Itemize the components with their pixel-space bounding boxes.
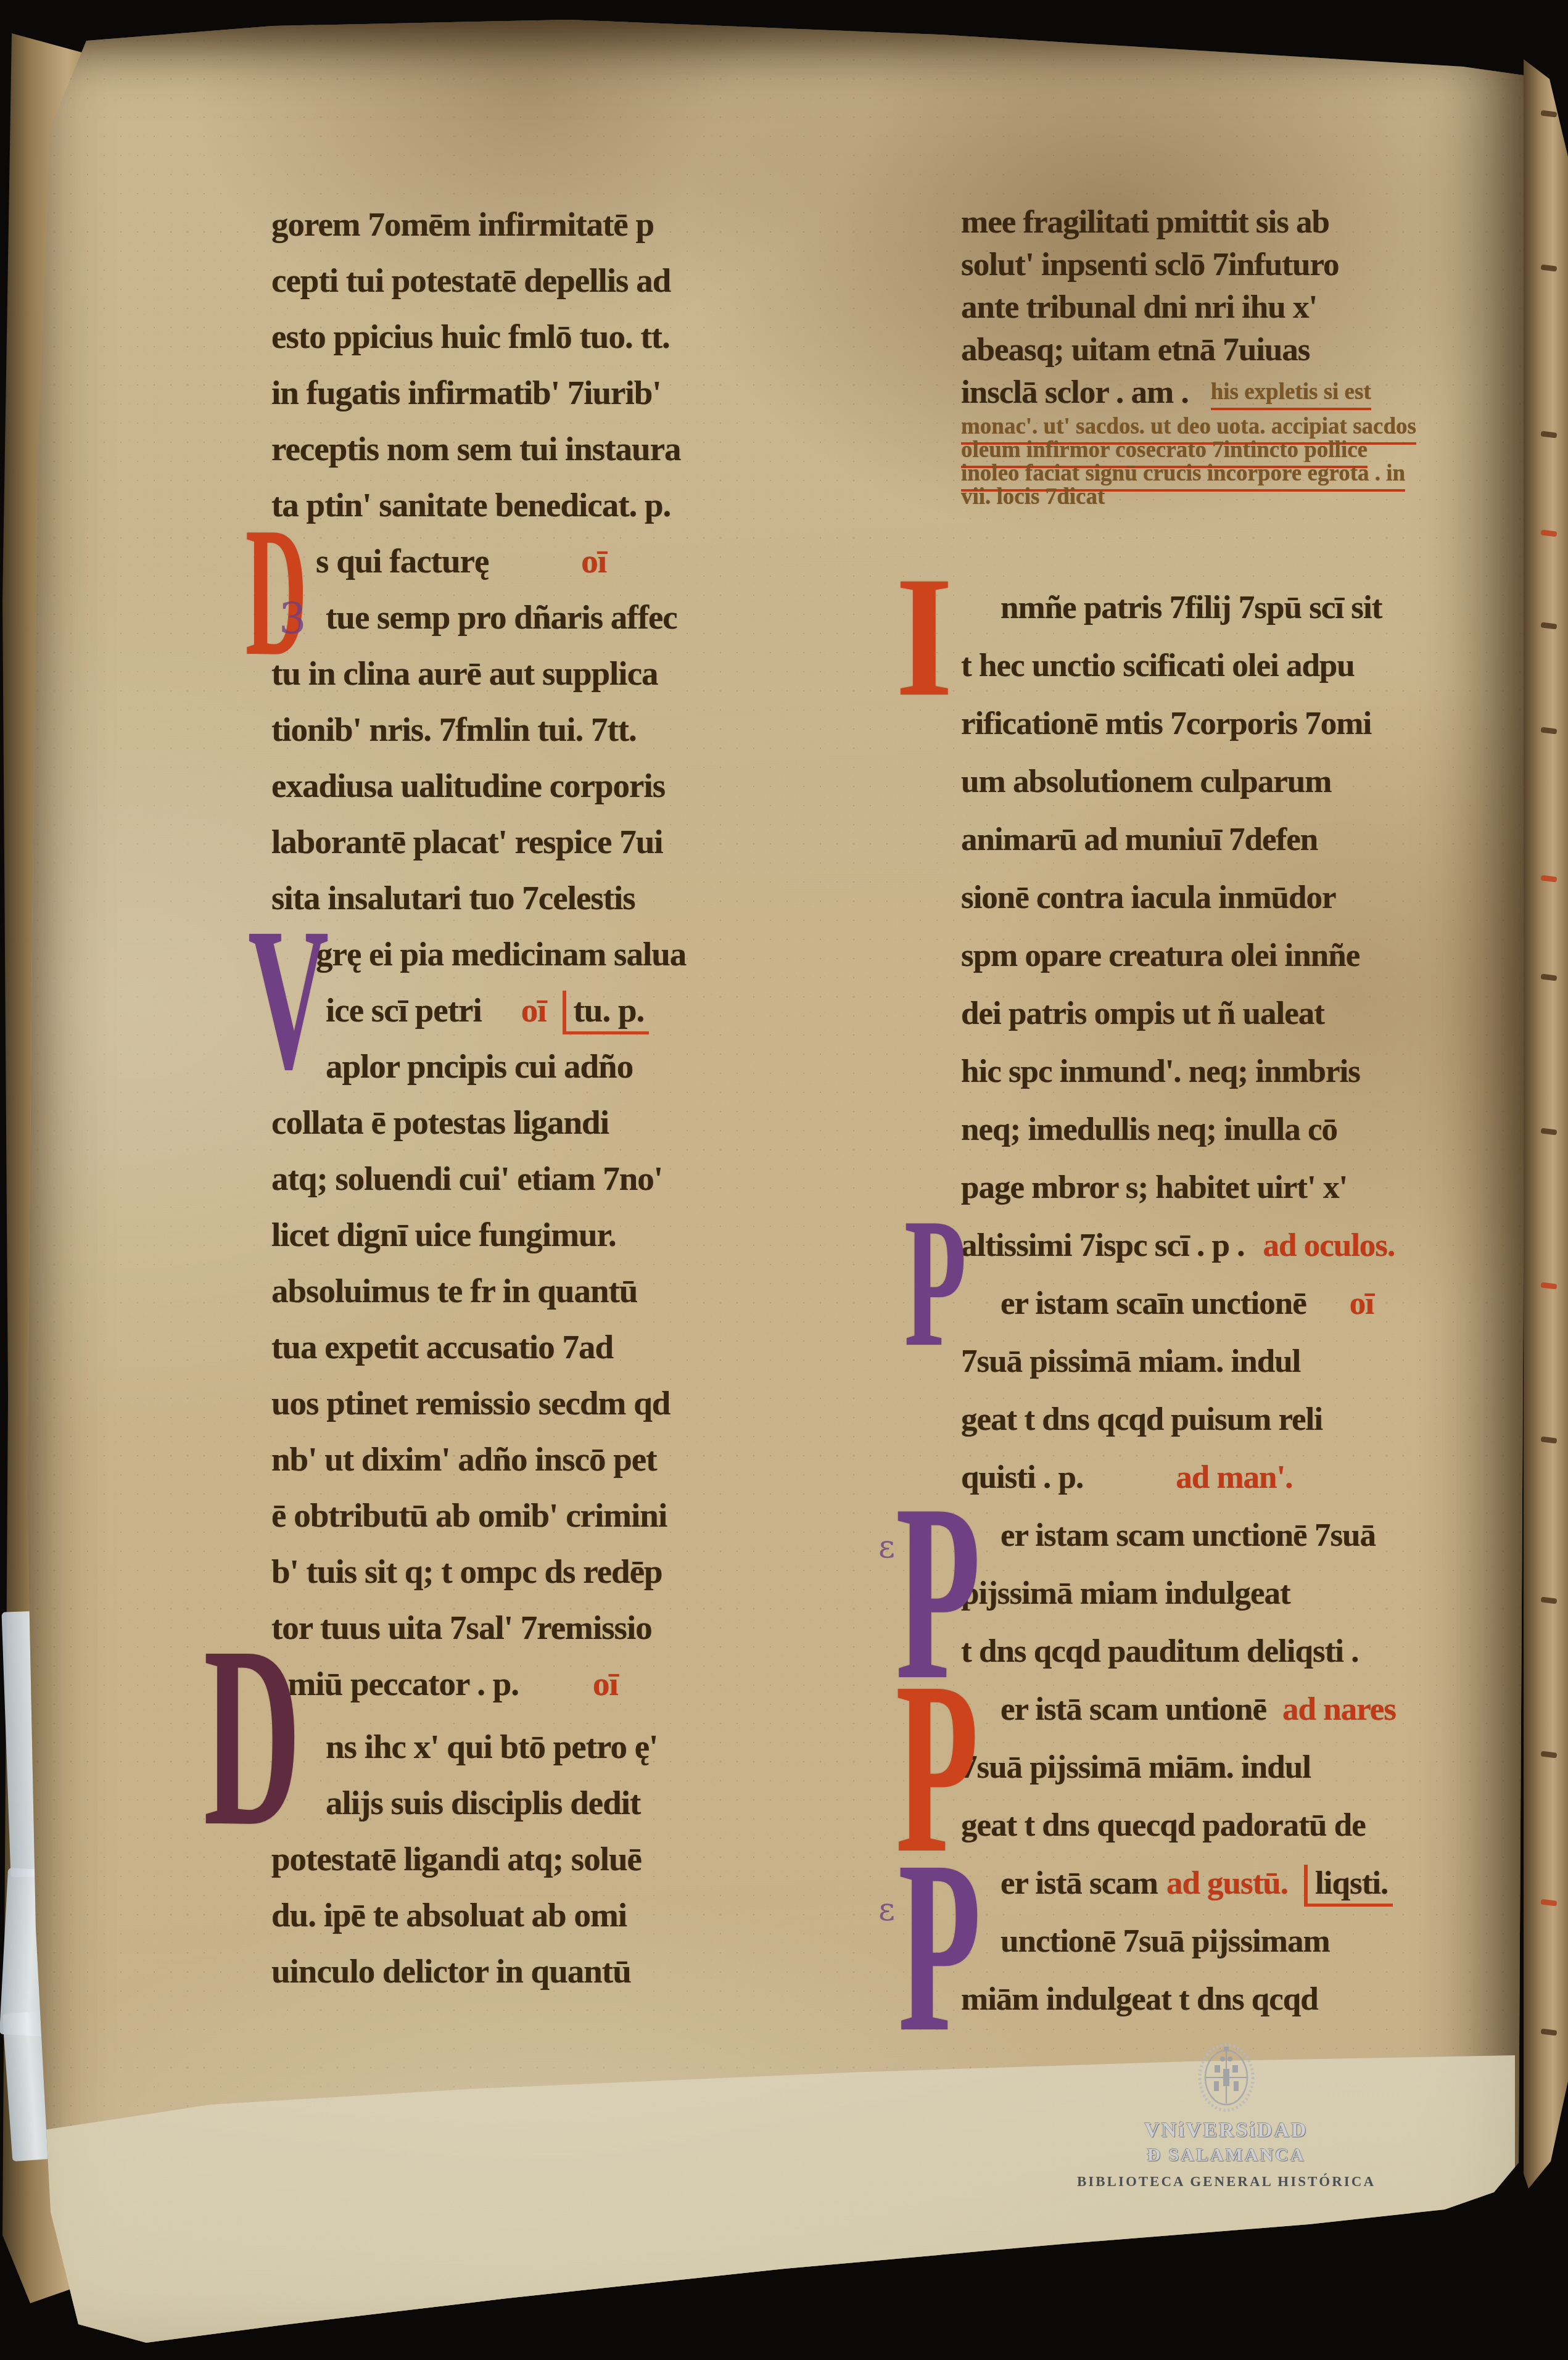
text-line: aplor pncipis cui adño [326, 1047, 633, 1086]
manuscript-text: dei patris ompis ut ñ ualeat [961, 995, 1324, 1032]
text-line: abeasq; uitam etnā 7uiuas [961, 331, 1310, 368]
marginal-mark: ε [878, 1891, 895, 1928]
manuscript-text: ante tribunal dni nri ihu x' [961, 289, 1317, 326]
manuscript-text: tu. p. [563, 991, 650, 1034]
manuscript-text: grę ei pia medicinam salua [316, 935, 686, 973]
manuscript-text: potestatē ligandi atq; soluē [271, 1839, 642, 1878]
text-line: mee fragilitati pmittit sis ab [961, 204, 1329, 241]
text-line: 7suā pijssimā miām. indul [961, 1749, 1311, 1786]
manuscript-text: absoluimus te fr in quantū [271, 1271, 637, 1310]
text-line: omiū peccator . p.oī [271, 1664, 618, 1703]
manuscript-text: hic spc inmund'. neq; inmbris [961, 1053, 1360, 1090]
manuscript-text: aplor pncipis cui adño [326, 1047, 633, 1086]
manuscript-text: geat t dns quecqd padoratū de [961, 1807, 1366, 1844]
fore-edge-text-fragment [1541, 622, 1558, 629]
watermark-university-line1: VNiVERSiDAD [1023, 2118, 1430, 2143]
manuscript-text: s qui facturę [316, 542, 489, 580]
text-line: receptis nom sem tui instaura [271, 429, 681, 468]
text-line: er istam scam unctionē 7suā [1001, 1517, 1376, 1554]
fore-edge-text-fragment [1541, 1596, 1558, 1604]
text-line: ice scī petrioītu. p. [326, 991, 649, 1034]
fore-edge-text-fragment [1541, 1436, 1558, 1443]
rubric-text: oī [593, 1664, 618, 1703]
text-line: hic spc inmund'. neq; inmbris [961, 1053, 1360, 1090]
text-line: potestatē ligandi atq; soluē [271, 1839, 642, 1878]
manuscript-text: ē obtributū ab omib' crimini [271, 1496, 667, 1535]
text-line: er istā scam untionēad nares [1001, 1691, 1396, 1728]
text-line: page mbror s; habitet uirt' x' [961, 1169, 1347, 1206]
manuscript-text: er istā scam untionē [1001, 1691, 1266, 1728]
text-line: du. ipē te absoluat ab omi [271, 1896, 627, 1934]
text-line: nmñe patris 7filij 7spū scī sit [1001, 589, 1382, 626]
text-line: tor tuus uita 7sal' 7remissio [271, 1608, 652, 1647]
text-line: licet dignī uice fungimur. [271, 1215, 616, 1254]
text-line: t dns qcqd pauditum deliqsti . [961, 1633, 1359, 1670]
text-line: er istam scaīn unctionēoī [1001, 1285, 1374, 1322]
fore-edge-text-fragment [1541, 2028, 1558, 2036]
manuscript-text: solut' inpsenti sclō 7infuturo [961, 246, 1339, 283]
manuscript-text: insclā sclor . am . [961, 374, 1189, 411]
manuscript-text: 7suā pissimā miam. indul [961, 1343, 1300, 1380]
manuscript-photo: gorem 7omēm infirmitatē pcepti tui potes… [0, 0, 1568, 2360]
text-line: ns ihc x' qui btō petro ę' [326, 1727, 658, 1766]
illuminated-initial: P [904, 1214, 967, 1351]
fore-edge-text-fragment [1541, 529, 1558, 537]
manuscript-text-layer: gorem 7omēm infirmitatē pcepti tui potes… [0, 0, 1568, 2360]
text-line: exadiusa ualitudine corporis [271, 766, 665, 805]
manuscript-text: neq; imedullis neq; inulla cō [961, 1111, 1337, 1148]
text-line: uinculo delictor in quantū [271, 1952, 631, 1991]
manuscript-text: his expletis si est [1211, 379, 1371, 410]
manuscript-text: er istam scam unctionē 7suā [1001, 1517, 1376, 1554]
manuscript-text: ns ihc x' qui btō petro ę' [326, 1727, 658, 1766]
manuscript-text: receptis nom sem tui instaura [271, 429, 681, 468]
text-line: solut' inpsenti sclō 7infuturo [961, 246, 1339, 283]
manuscript-text: atq; soluendi cui' etiam 7no' [271, 1159, 662, 1198]
text-line: quisti . p.ad man'. [961, 1459, 1292, 1496]
fore-edge-text-fragment [1541, 875, 1558, 882]
manuscript-text: geat t dns qcqd puisum reli [961, 1401, 1322, 1438]
text-line: s qui facturęoī [316, 542, 606, 580]
text-line: tionib' nris. 7fmlin tui. 7tt. [271, 710, 637, 749]
illuminated-initial: D [204, 1641, 301, 1833]
text-line: geat t dns quecqd padoratū de [961, 1807, 1366, 1844]
text-line: ta ptin' sanitate benedicat. p. [271, 485, 671, 524]
text-line: alijs suis disciplis dedit [326, 1783, 640, 1822]
manuscript-text: cepti tui potestatē depellis ad [271, 261, 671, 300]
text-line: sionē contra iacula inmūdor [961, 879, 1336, 916]
manuscript-text: esto ppicius huic fmlō tuo. tt. [271, 317, 670, 356]
manuscript-text: pijssimā miam indulgeat [961, 1575, 1290, 1612]
text-line: unctionē 7suā pijssimam [1001, 1923, 1330, 1960]
text-line: ante tribunal dni nri ihu x' [961, 289, 1317, 326]
watermark-library-name: BIBLIOTECA GENERAL HISTÓRICA [1023, 2172, 1430, 2191]
rubric-text: ad nares [1282, 1691, 1396, 1728]
watermark-university-line2: Ð SALAMANCA [1023, 2143, 1430, 2168]
library-watermark: VNiVERSiDAD Ð SALAMANCA BIBLIOTECA GENER… [1023, 2043, 1430, 2191]
rubric-text: oī [1350, 1285, 1374, 1322]
text-line: pijssimā miam indulgeat [961, 1575, 1290, 1612]
text-line: spm opare creatura olei innñe [961, 937, 1360, 974]
text-line: er istā scamad gustū.liqsti. [1001, 1865, 1393, 1907]
fore-edge-text-fragment [1541, 110, 1558, 117]
text-line: nb' ut dixim' adño inscō pet [271, 1440, 657, 1479]
text-line: atq; soluendi cui' etiam 7no' [271, 1159, 662, 1198]
text-line: insclā sclor . am .his expletis si est [961, 374, 1371, 411]
manuscript-text: er istā scam [1001, 1865, 1158, 1902]
manuscript-text: licet dignī uice fungimur. [271, 1215, 616, 1254]
illuminated-initial: V [248, 924, 329, 1075]
manuscript-text: vii. locis 7dicat [961, 484, 1105, 510]
manuscript-text: tionib' nris. 7fmlin tui. 7tt. [271, 710, 637, 749]
text-line: 7suā pissimā miam. indul [961, 1343, 1300, 1380]
manuscript-text: tua expetit accusatio 7ad [271, 1327, 613, 1366]
text-line: laborantē placat' respice 7ui [271, 822, 663, 861]
text-line: neq; imedullis neq; inulla cō [961, 1111, 1337, 1148]
text-line: tu in clina aurē aut supplica [271, 654, 658, 693]
manuscript-text: abeasq; uitam etnā 7uiuas [961, 331, 1310, 368]
rubric-text: ad oculos. [1263, 1227, 1395, 1264]
rubric-text: oī [521, 991, 547, 1029]
rubric-text: ad gustū. [1166, 1865, 1288, 1902]
fore-edge-text-fragment [1541, 1282, 1558, 1289]
rubric-text: oī [581, 542, 606, 580]
fore-edge-text-fragment [1541, 973, 1558, 981]
manuscript-text: mee fragilitati pmittit sis ab [961, 204, 1329, 241]
text-line: ē obtributū ab omib' crimini [271, 1496, 667, 1535]
rubric-text: ad man'. [1176, 1459, 1292, 1496]
manuscript-text: tor tuus uita 7sal' 7remissio [271, 1608, 652, 1647]
fore-edge-text-fragment [1541, 264, 1558, 271]
fore-edge-text-fragment [1541, 727, 1558, 734]
text-line: tue semp pro dñaris affec [326, 598, 677, 637]
manuscript-text: sionē contra iacula inmūdor [961, 879, 1336, 916]
text-line: b' tuis sit q; t ompc ds redēp [271, 1552, 662, 1591]
manuscript-text: ta ptin' sanitate benedicat. p. [271, 485, 671, 524]
text-line: vii. locis 7dicat [961, 479, 1105, 516]
text-line: esto ppicius huic fmlō tuo. tt. [271, 317, 670, 356]
fore-edge-text-fragment [1541, 1899, 1558, 1906]
manuscript-text: gorem 7omēm infirmitatē p [271, 205, 654, 244]
text-line: uos ptinet remissio secdm qd [271, 1384, 670, 1422]
manuscript-text: 7suā pijssimā miām. indul [961, 1749, 1311, 1786]
manuscript-text: altissimi 7ispc scī . p . [961, 1227, 1244, 1264]
manuscript-text: alijs suis disciplis dedit [326, 1783, 640, 1822]
manuscript-text: page mbror s; habitet uirt' x' [961, 1169, 1347, 1206]
fore-edge-text-fragment [1541, 1751, 1558, 1758]
manuscript-text: animarū ad muniuī 7defen [961, 821, 1318, 858]
manuscript-text: um absolutionem culparum [961, 763, 1331, 800]
marginal-mark: 3 [279, 593, 307, 644]
manuscript-text: tue semp pro dñaris affec [326, 598, 677, 637]
manuscript-text: unctionē 7suā pijssimam [1001, 1923, 1330, 1960]
text-line: tua expetit accusatio 7ad [271, 1327, 613, 1366]
manuscript-text: t dns qcqd pauditum deliqsti . [961, 1633, 1359, 1670]
manuscript-text: laborantē placat' respice 7ui [271, 822, 663, 861]
text-line: rificationē mtis 7corporis 7omi [961, 705, 1371, 742]
manuscript-text: omiū peccator . p. [271, 1664, 519, 1703]
manuscript-text: b' tuis sit q; t ompc ds redēp [271, 1552, 662, 1591]
manuscript-text: in fugatis infirmatib' 7iurib' [271, 373, 661, 412]
illuminated-initial: I [896, 572, 953, 700]
text-line: um absolutionem culparum [961, 763, 1331, 800]
marginal-mark: ε [878, 1529, 895, 1566]
manuscript-text: exadiusa ualitudine corporis [271, 766, 665, 805]
text-line: miām indulgeat t dns qcqd [961, 1981, 1318, 2018]
text-line: dei patris ompis ut ñ ualeat [961, 995, 1324, 1032]
manuscript-text: nb' ut dixim' adño inscō pet [271, 1440, 657, 1479]
manuscript-text: miām indulgeat t dns qcqd [961, 1981, 1318, 2018]
text-line: animarū ad muniuī 7defen [961, 821, 1318, 858]
text-line: absoluimus te fr in quantū [271, 1271, 637, 1310]
text-line: cepti tui potestatē depellis ad [271, 261, 671, 300]
manuscript-text: spm opare creatura olei innñe [961, 937, 1360, 974]
manuscript-text: du. ipē te absoluat ab omi [271, 1896, 627, 1934]
universidad-seal-icon [1198, 2043, 1255, 2112]
manuscript-text: uos ptinet remissio secdm qd [271, 1384, 670, 1422]
illuminated-initial: P [898, 1855, 981, 2038]
manuscript-text: er istam scaīn unctionē [1001, 1285, 1306, 1322]
manuscript-text: nmñe patris 7filij 7spū scī sit [1001, 589, 1382, 626]
text-line: gorem 7omēm infirmitatē p [271, 205, 654, 244]
manuscript-text: tu in clina aurē aut supplica [271, 654, 658, 693]
text-line: altissimi 7ispc scī . p .ad oculos. [961, 1227, 1395, 1264]
fore-edge-text-fragment [1541, 1128, 1558, 1135]
fore-edge-text-fragment [1541, 431, 1558, 438]
text-line: in fugatis infirmatib' 7iurib' [271, 373, 661, 412]
manuscript-text: t hec unctio scificati olei adpu [961, 647, 1355, 684]
manuscript-text: uinculo delictor in quantū [271, 1952, 631, 1991]
manuscript-text: ice scī petri [326, 991, 482, 1029]
text-line: grę ei pia medicinam salua [316, 935, 686, 973]
text-line: geat t dns qcqd puisum reli [961, 1401, 1322, 1438]
manuscript-text: liqsti. [1304, 1865, 1393, 1907]
text-line: t hec unctio scificati olei adpu [961, 647, 1355, 684]
manuscript-text: rificationē mtis 7corporis 7omi [961, 705, 1371, 742]
